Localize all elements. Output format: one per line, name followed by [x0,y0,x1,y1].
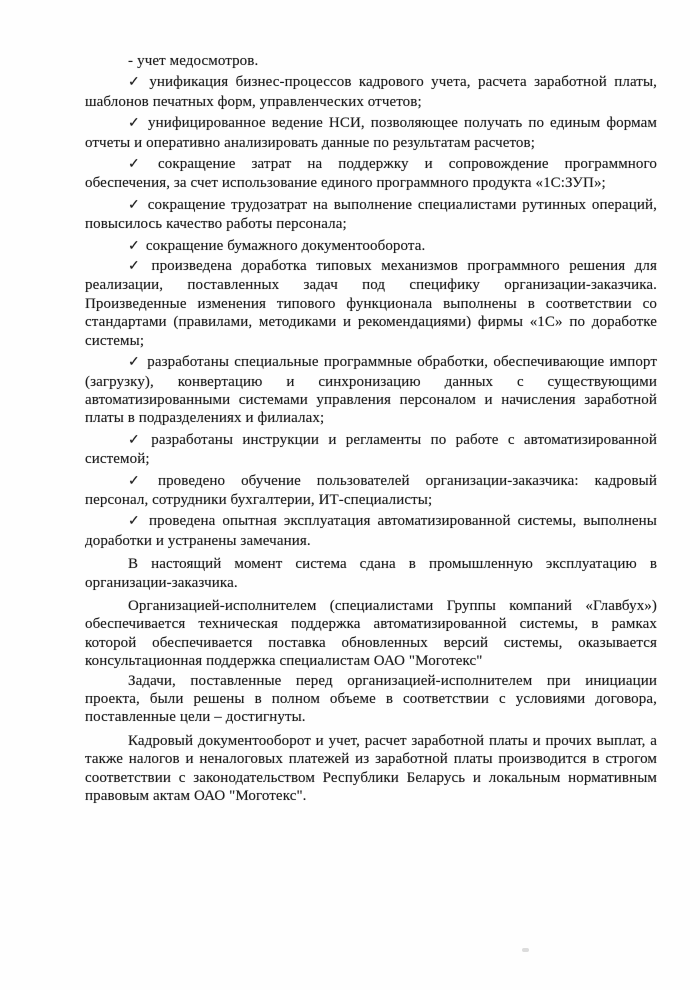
check-icon: ✓ [128,474,158,489]
paragraph-text: разработаны специальные программные обра… [85,354,657,426]
paragraph-text: унифицированное ведение НСИ, позволяющее… [85,115,657,150]
check-icon: ✓ [128,75,149,90]
paragraph: ✓унификация бизнес-процессов кадрового у… [85,73,657,111]
paragraph: ✓сокращение затрат на поддержку и сопров… [85,155,657,193]
check-icon: ✓ [128,259,151,274]
paragraph-text: проведено обучение пользователей организ… [85,473,657,508]
paragraph-text: произведена доработка типовых механизмов… [85,258,657,349]
check-icon: ✓ [128,116,148,131]
check-icon: ✓ [128,355,147,370]
paragraph: ✓произведена доработка типовых механизмо… [85,257,657,350]
paragraph: -учет медосмотров. [85,52,657,70]
paragraph: В настоящий момент система сдана в промы… [85,555,657,592]
check-icon: ✓ [128,239,146,254]
paragraph: ✓сокращение трудозатрат на выполнение сп… [85,196,657,234]
paragraph-text: Организацией-исполнителем (специалистами… [85,598,657,669]
dash-marker: - [128,53,137,69]
document-page: -учет медосмотров. ✓унификация бизнес-пр… [0,0,700,990]
paragraph: ✓проведено обучение пользователей органи… [85,472,657,510]
paragraph: ✓сокращение бумажного документооборота. [85,237,657,256]
paragraph-text: разработаны инструкции и регламенты по р… [85,432,657,467]
check-icon: ✓ [128,433,151,448]
paragraph-text: Кадровый документооборот и учет, расчет … [85,733,657,804]
check-icon: ✓ [128,157,158,172]
paragraph-text: унификация бизнес-процессов кадрового уч… [85,74,657,109]
paragraph-text: сокращение затрат на поддержку и сопрово… [85,156,657,191]
paragraph-text: В настоящий момент система сдана в промы… [85,556,657,590]
paragraph: Кадровый документооборот и учет, расчет … [85,732,657,806]
paragraph: Задачи, поставленные перед организацией-… [85,672,657,727]
paragraph: ✓разработаны специальные программные обр… [85,353,657,428]
scan-speck [522,948,529,952]
paragraph-text: учет медосмотров. [137,53,258,69]
paragraph: ✓унифицированное ведение НСИ, позволяюще… [85,114,657,152]
paragraph-text: проведена опытная эксплуатация автоматиз… [85,513,657,548]
paragraph-text: сокращение бумажного документооборота. [146,238,426,254]
check-icon: ✓ [128,514,149,529]
paragraph-text: Задачи, поставленные перед организацией-… [85,673,657,726]
paragraph: Организацией-исполнителем (специалистами… [85,597,657,671]
document-body: -учет медосмотров. ✓унификация бизнес-пр… [85,52,657,808]
paragraph: ✓разработаны инструкции и регламенты по … [85,431,657,469]
check-icon: ✓ [128,198,148,213]
paragraph-text: сокращение трудозатрат на выполнение спе… [85,197,657,232]
paragraph: ✓проведена опытная эксплуатация автомати… [85,512,657,550]
